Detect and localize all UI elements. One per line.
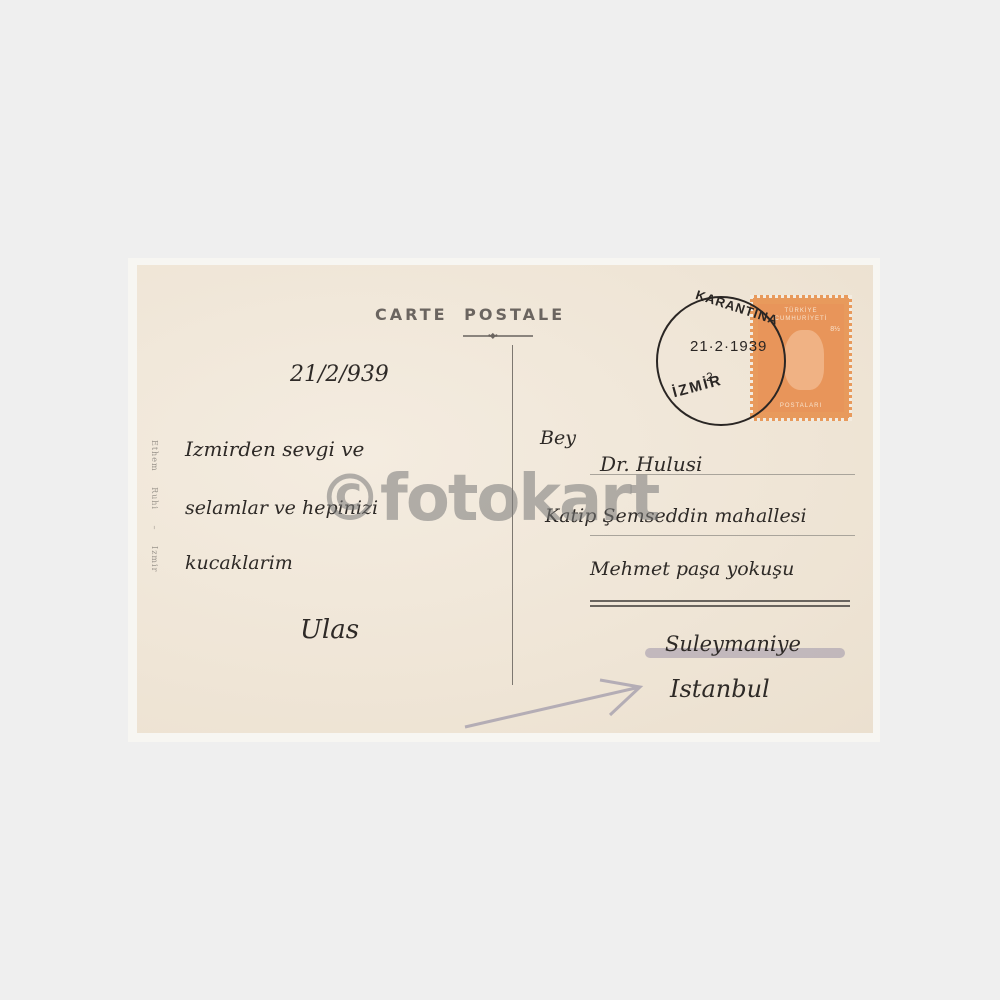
stamp-bottom: POSTALARI <box>758 403 844 409</box>
address-city: Istanbul <box>670 675 770 703</box>
address-salutation: Bey <box>540 427 576 449</box>
arrow-icon <box>460 675 650 735</box>
postmark-date: 21·2·1939 <box>690 338 767 355</box>
address-rule <box>590 605 850 607</box>
address-struck: Suleymaniye <box>665 632 801 656</box>
message-line-3: kucaklarim <box>185 552 293 574</box>
message-date: 21/2/939 <box>290 362 389 387</box>
portrait-icon <box>784 330 824 390</box>
ornament-line <box>463 335 533 337</box>
publisher-imprint: Ethem Ruhi – Izmir <box>150 440 159 572</box>
signature: Ulas <box>300 615 359 645</box>
address-line-2: Mehmet paşa yokuşu <box>590 558 794 580</box>
message-line-1: Izmirden sevgi ve <box>185 437 364 461</box>
watermark: ©fotokart <box>318 462 658 536</box>
ornament-icon: •◆• <box>488 331 497 340</box>
stamp-value: 8½ <box>830 326 840 333</box>
address-rule <box>590 600 850 602</box>
postcard-header: CARTE POSTALE <box>375 305 565 324</box>
